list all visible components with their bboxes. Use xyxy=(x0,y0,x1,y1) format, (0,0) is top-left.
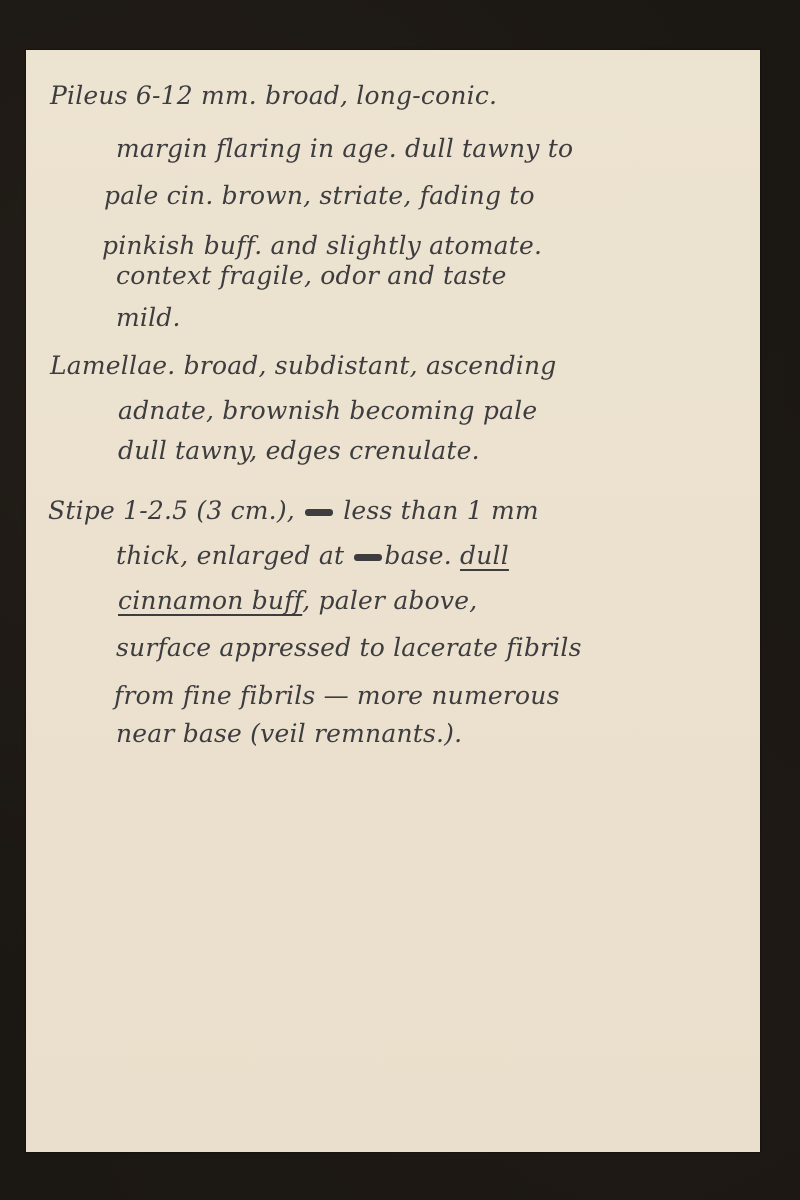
stipe-line-1-text-b: less than 1 mm xyxy=(335,496,539,525)
stipe-line-3-text: , paler above, xyxy=(302,586,477,615)
stipe-line-6: near base (veil remnants.). xyxy=(116,718,462,750)
lamellae-line-3: dull tawny, edges crenulate. xyxy=(118,435,480,467)
stipe-line-2-text-b: base. xyxy=(384,541,460,570)
pileus-line-5: context fragile, odor and taste xyxy=(116,260,507,292)
stipe-line-2: thick, enlarged at base. dull xyxy=(116,540,509,572)
stipe-line-1-text-a: Stipe 1-2.5 (3 cm.), xyxy=(48,496,303,525)
pileus-line-3: pale cin. brown, striate, fading to xyxy=(104,180,535,212)
underlined-dull: dull xyxy=(460,541,509,570)
pileus-line-2: margin flaring in age. dull tawny to xyxy=(116,133,573,165)
pileus-line-6: mild. xyxy=(116,302,181,334)
pileus-line-1: Pileus 6-12 mm. broad, long-conic. xyxy=(50,80,497,112)
pileus-line-4: pinkish buff. and slightly atomate. xyxy=(102,230,542,262)
lamellae-line-2: adnate, brownish becoming pale xyxy=(118,395,537,427)
stipe-line-3: cinnamon buff, paler above, xyxy=(118,585,477,617)
strikeout-mark xyxy=(305,509,333,516)
stipe-line-5: from fine fibrils — more numerous xyxy=(114,680,560,712)
index-card: Pileus 6-12 mm. broad, long-conic. margi… xyxy=(26,50,760,1152)
strikeout-mark xyxy=(354,554,382,561)
stipe-line-1: Stipe 1-2.5 (3 cm.), less than 1 mm xyxy=(48,495,539,527)
stipe-line-2-text-a: thick, enlarged at xyxy=(116,541,352,570)
lamellae-line-1: Lamellae. broad, subdistant, ascending xyxy=(50,350,557,382)
stipe-line-4: surface appressed to lacerate fibrils xyxy=(116,632,582,664)
underlined-cinnamon-buff: cinnamon buff xyxy=(118,586,302,615)
